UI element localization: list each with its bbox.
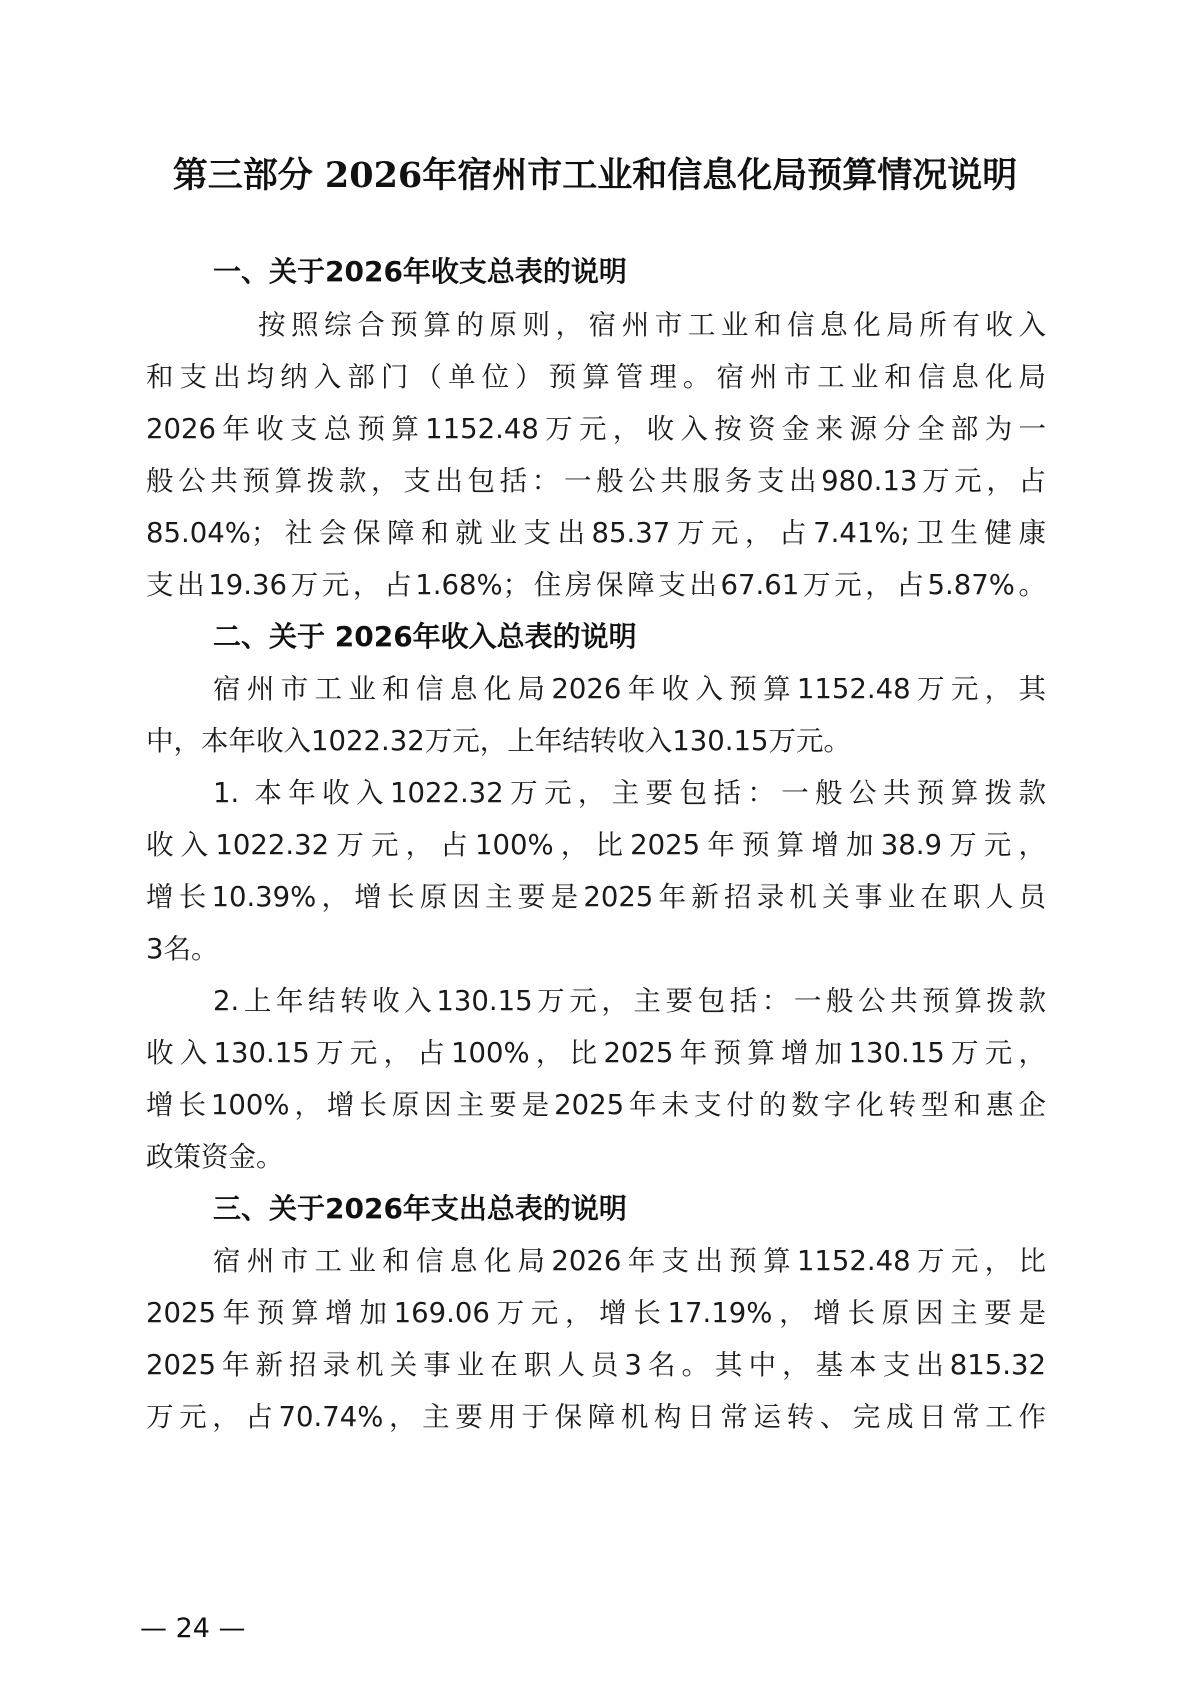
paragraph-line: 收入130.15万元，占100%，比2025年预算增加130.15万元， xyxy=(146,1033,1046,1073)
paragraph-line: 2026年收支总预算1152.48万元，收入按资金来源分全部为一 xyxy=(146,409,1046,449)
section-heading-3: 三、关于2026年支出总表的说明 xyxy=(213,1189,627,1229)
paragraph-line: 85.04%；社会保障和就业支出85.37万元，占7.41%;卫生健康 xyxy=(146,513,1046,553)
page-title: 第三部分 2026年宿州市工业和信息化局预算情况说明 xyxy=(0,148,1190,198)
paragraph-line: 增长10.39%，增长原因主要是2025年新招录机关事业在职人员 xyxy=(146,877,1046,917)
paragraph-line: 增长100%，增长原因主要是2025年未支付的数字化转型和惠企 xyxy=(146,1085,1046,1125)
list-item-2: 2.上年结转收入130.15万元，主要包括：一般公共预算拨款 xyxy=(213,981,1046,1021)
paragraph-line: 宿州市工业和信息化局2026年支出预算1152.48万元，比 xyxy=(213,1241,1046,1281)
paragraph-line: 中，本年收入1022.32万元，上年结转收入130.15万元。 xyxy=(146,721,1046,761)
paragraph-line: 和支出均纳入部门（单位）预算管理。宿州市工业和信息化局 xyxy=(146,357,1046,397)
section-heading-2: 二、关于 2026年收入总表的说明 xyxy=(213,617,637,657)
paragraph-line: 3名。 xyxy=(146,929,1046,969)
paragraph-line: 万元，占70.74%，主要用于保障机构日常运转、完成日常工作 xyxy=(146,1397,1046,1437)
paragraph-line: 宿州市工业和信息化局2026年收入预算1152.48万元，其 xyxy=(213,669,1046,709)
paragraph-line: 支出19.36万元，占1.68%；住房保障支出67.61万元，占5.87%。 xyxy=(146,565,1046,605)
paragraph-line: 2025年预算增加169.06万元，增长17.19%，增长原因主要是 xyxy=(146,1293,1046,1333)
list-item-1: 1. 本年收入1022.32万元，主要包括：一般公共预算拨款 xyxy=(213,773,1046,813)
paragraph-line: 般公共预算拨款，支出包括：一般公共服务支出980.13万元，占 xyxy=(146,461,1046,501)
section-heading-1: 一、关于2026年收支总表的说明 xyxy=(213,252,627,292)
paragraph-line: 2025年新招录机关事业在职人员3名。其中，基本支出815.32 xyxy=(146,1345,1046,1385)
paragraph-line: 政策资金。 xyxy=(146,1137,1046,1177)
document-page: 第三部分 2026年宿州市工业和信息化局预算情况说明 一、关于2026年收支总表… xyxy=(0,0,1190,1683)
page-number: — 24 — xyxy=(140,1611,246,1647)
paragraph-line: 收入1022.32万元，占100%，比2025年预算增加38.9万元， xyxy=(146,825,1046,865)
paragraph-line: 按照综合预算的原则，宿州市工业和信息化局所有收入 xyxy=(258,305,1046,345)
